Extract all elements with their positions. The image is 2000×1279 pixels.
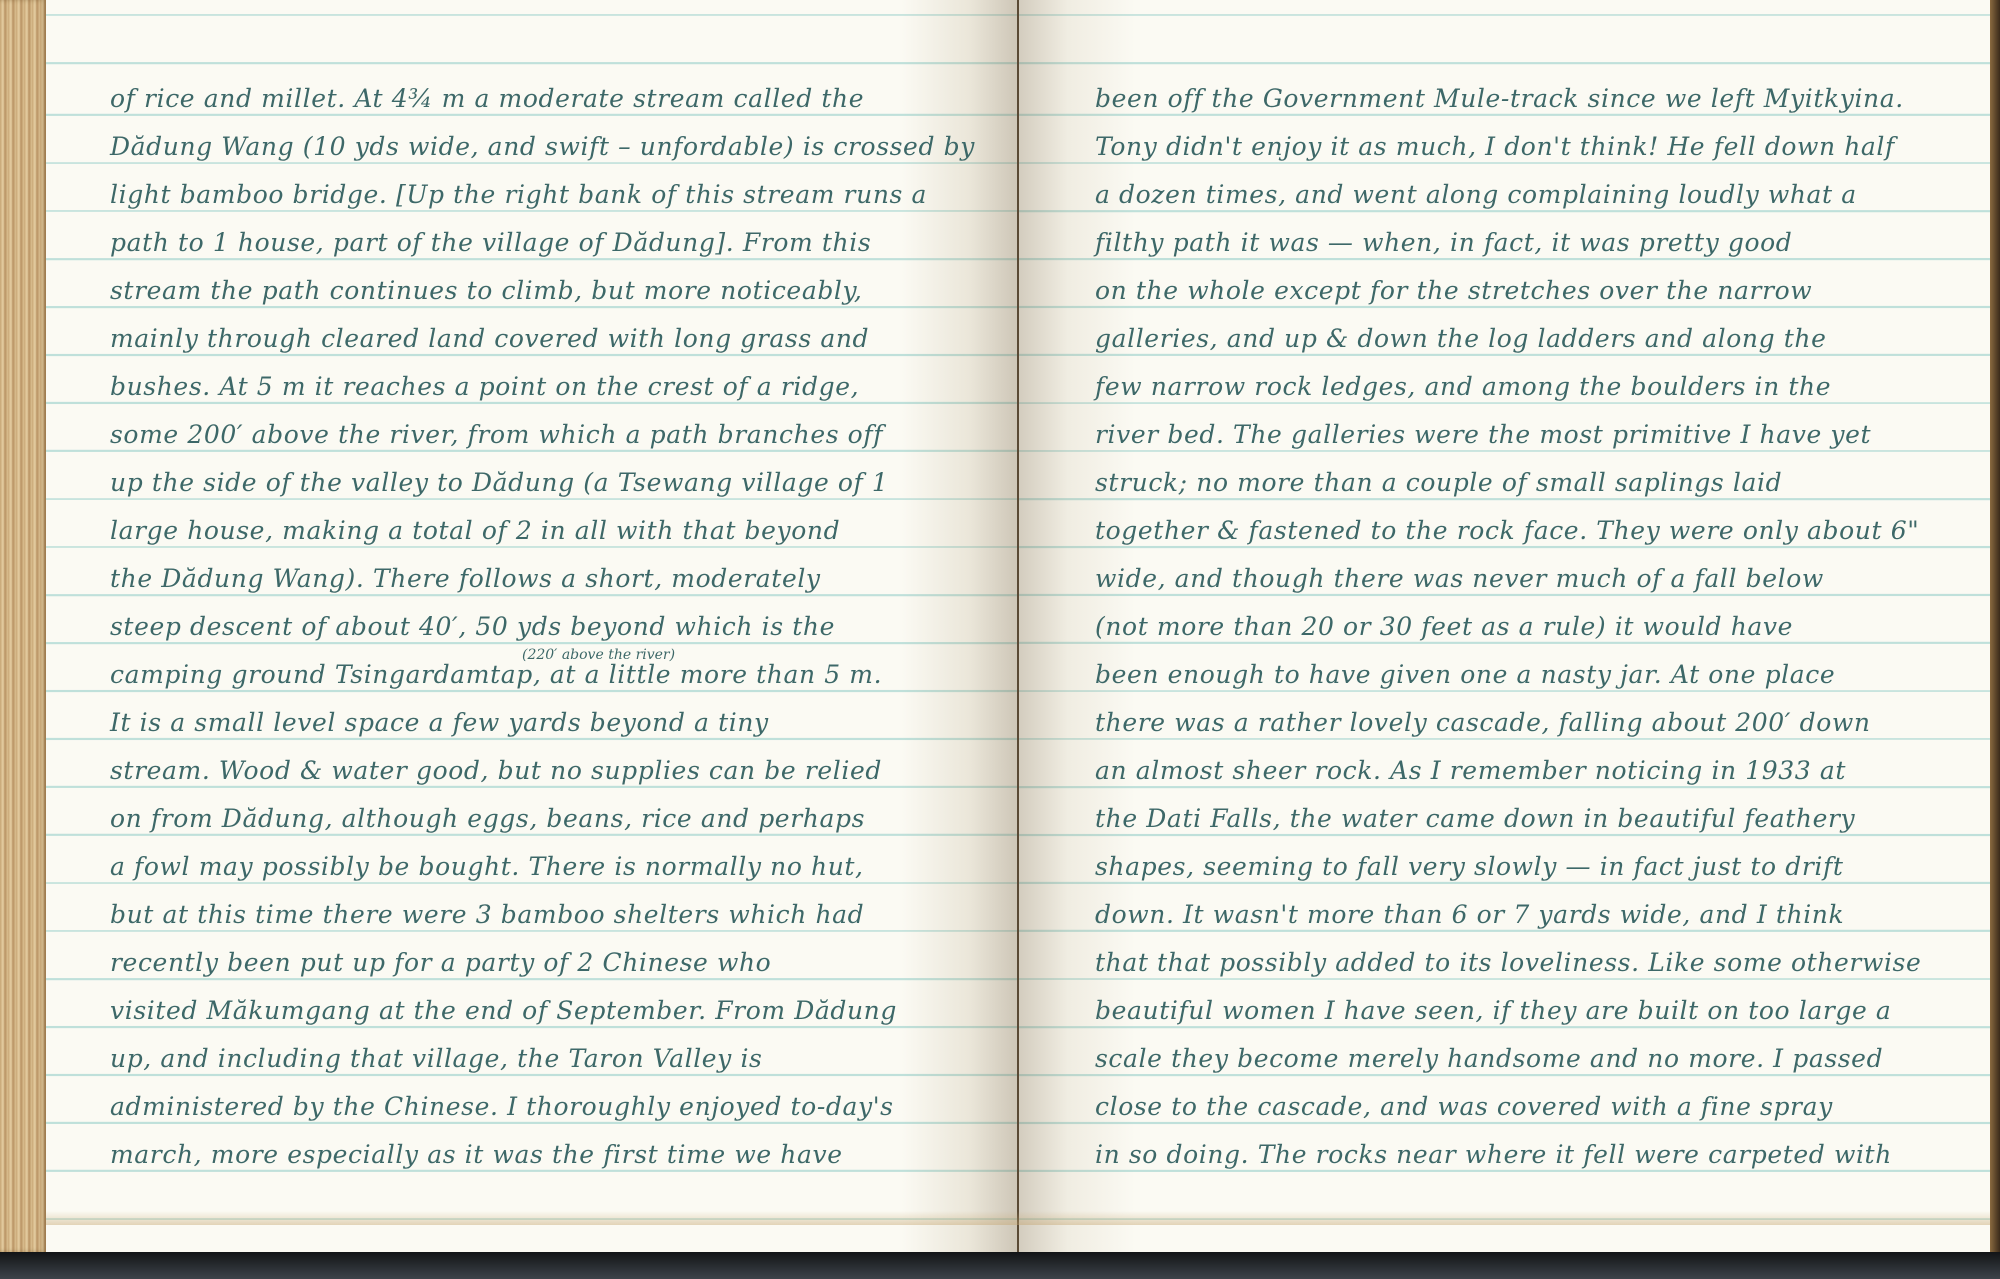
notebook-spread: of rice and millet. At 4¾ m a moderate s…: [0, 0, 2000, 1252]
text-line: stream. Wood & water good, but no suppli…: [110, 756, 882, 785]
text-line: a fowl may possibly be bought. There is …: [110, 852, 864, 881]
text-line: path to 1 house, part of the village of …: [110, 228, 871, 257]
interlinear-annotation: (220′ above the river): [522, 647, 675, 663]
text-line: up, and including that village, the Taro…: [110, 1044, 762, 1073]
text-line: down. It wasn't more than 6 or 7 yards w…: [1095, 900, 1844, 929]
text-line: light bamboo bridge. [Up the right bank …: [110, 180, 927, 209]
text-line: the Dati Falls, the water came down in b…: [1095, 804, 1855, 833]
text-line: mainly through cleared land covered with…: [110, 324, 869, 353]
text-line: Dădung Wang (10 yds wide, and swift – un…: [110, 132, 975, 161]
text-line: shapes, seeming to fall very slowly — in…: [1095, 852, 1843, 881]
text-line: together & fastened to the rock face. Th…: [1095, 516, 1919, 545]
text-line: an almost sheer rock. As I remember noti…: [1095, 756, 1846, 785]
text-line: a dozen times, and went along complainin…: [1095, 180, 1857, 209]
text-line: stream the path continues to climb, but …: [110, 276, 862, 305]
text-line: in so doing. The rocks near where it fel…: [1095, 1140, 1892, 1169]
text-line: visited Măkumgang at the end of Septembe…: [110, 996, 897, 1025]
text-line: on the whole except for the stretches ov…: [1095, 276, 1812, 305]
page-edges: [0, 0, 46, 1252]
text-line: administered by the Chinese. I thoroughl…: [110, 1092, 894, 1121]
text-line: close to the cascade, and was covered wi…: [1095, 1092, 1833, 1121]
text-line: the Dădung Wang). There follows a short,…: [110, 564, 821, 593]
text-line: march, more especially as it was the fir…: [110, 1140, 843, 1169]
text-line: few narrow rock ledges, and among the bo…: [1095, 372, 1831, 401]
text-line: Tony didn't enjoy it as much, I don't th…: [1095, 132, 1895, 161]
text-line: galleries, and up & down the log ladders…: [1095, 324, 1826, 353]
text-line: camping ground Tsingardamtap, at a littl…: [110, 660, 882, 689]
page-bottom-stain: [46, 1211, 1990, 1225]
text-line: steep descent of about 40′, 50 yds beyon…: [110, 612, 835, 641]
text-line: been off the Government Mule-track since…: [1095, 84, 1904, 113]
text-line: beautiful women I have seen, if they are…: [1095, 996, 1891, 1025]
text-line: bushes. At 5 m it reaches a point on the…: [110, 372, 859, 401]
text-line: struck; no more than a couple of small s…: [1095, 468, 1782, 497]
text-line: (not more than 20 or 30 feet as a rule) …: [1095, 612, 1793, 641]
text-line: that that possibly added to its loveline…: [1095, 948, 1921, 977]
text-line: of rice and millet. At 4¾ m a moderate s…: [110, 84, 864, 113]
text-line: on from Dădung, although eggs, beans, ri…: [110, 804, 865, 833]
text-line: but at this time there were 3 bamboo she…: [110, 900, 864, 929]
text-line: filthy path it was — when, in fact, it w…: [1095, 228, 1792, 257]
book-gutter: [1017, 0, 1019, 1252]
text-line: some 200′ above the river, from which a …: [110, 420, 883, 449]
text-line: recently been put up for a party of 2 Ch…: [110, 948, 771, 977]
text-line: river bed. The galleries were the most p…: [1095, 420, 1871, 449]
text-line: It is a small level space a few yards be…: [110, 708, 769, 737]
text-line: large house, making a total of 2 in all …: [110, 516, 840, 545]
text-line: up the side of the valley to Dădung (a T…: [110, 468, 888, 497]
right-page-edge: [1990, 0, 2000, 1252]
text-line: scale they become merely handsome and no…: [1095, 1044, 1883, 1073]
text-line: wide, and though there was never much of…: [1095, 564, 1824, 593]
text-line: there was a rather lovely cascade, falli…: [1095, 708, 1871, 737]
text-line: been enough to have given one a nasty ja…: [1095, 660, 1835, 689]
desk-background: [0, 1252, 2000, 1279]
